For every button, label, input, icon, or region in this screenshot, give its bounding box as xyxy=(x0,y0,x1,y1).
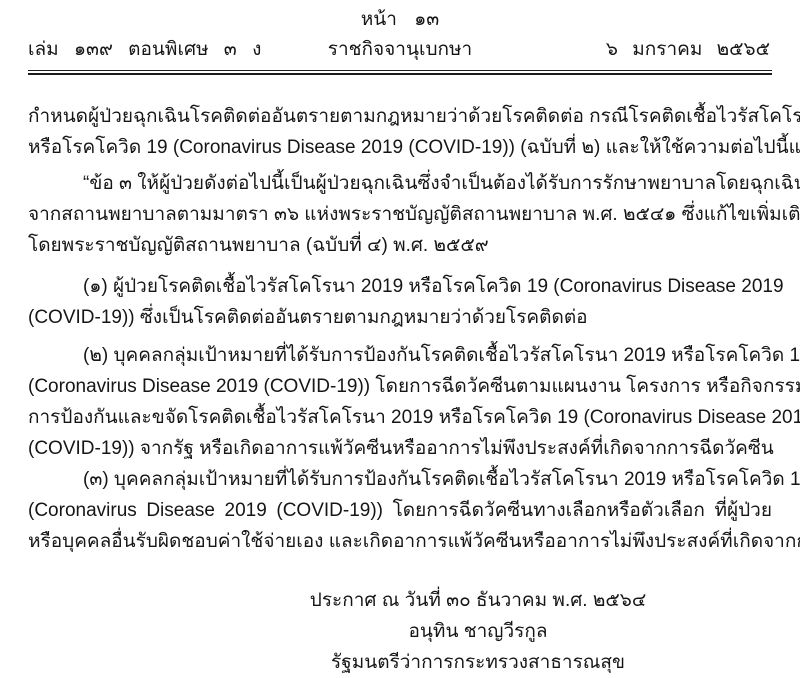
body-line-2: หรือโรคโควิด 19 (Coronavirus Disease 201… xyxy=(28,132,772,163)
announcement-date-line: ประกาศ ณ วันที่ ๓๐ ธันวาคม พ.ศ. ๒๕๖๔ xyxy=(78,585,800,616)
issue-date: ๖ มกราคม ๒๕๖๕ xyxy=(606,36,770,63)
body-line-10: การป้องกันและขจัดโรคติดเชื้อไวรัสโคโรนา … xyxy=(28,402,772,433)
paragraph-item-2: (๒) บุคคลกลุ่มเป้าหมายที่ได้รับการป้องกั… xyxy=(28,340,772,464)
body-line-1: กำหนดผู้ป่วยฉุกเฉินโรคติดต่ออันตรายตามกฎ… xyxy=(28,101,772,132)
paragraph-continuation: กำหนดผู้ป่วยฉุกเฉินโรคติดต่ออันตรายตามกฎ… xyxy=(28,101,772,163)
gazette-page: หน้า ๑๓ เล่ม ๑๓๙ ตอนพิเศษ ๓ ง ราชกิจจานุ… xyxy=(0,0,800,678)
volume-label: เล่ม ๑๓๙ ตอนพิเศษ ๓ ง xyxy=(28,36,261,63)
body-line-5: โดยพระราชบัญญัติสถานพยาบาล (ฉบับที่ ๔) พ… xyxy=(28,230,772,261)
paragraph-item-3: (๓) บุคคลกลุ่มเป้าหมายที่ได้รับการป้องกั… xyxy=(28,464,772,557)
paragraph-clause-3: “ข้อ ๓ ให้ผู้ป่วยดังต่อไปนี้เป็นผู้ป่วยฉ… xyxy=(28,168,772,261)
document-body: กำหนดผู้ป่วยฉุกเฉินโรคติดต่ออันตรายตามกฎ… xyxy=(0,101,800,557)
body-line-3: “ข้อ ๓ ให้ผู้ป่วยดังต่อไปนี้เป็นผู้ป่วยฉ… xyxy=(28,168,772,199)
masthead-row: เล่ม ๑๓๙ ตอนพิเศษ ๓ ง ราชกิจจานุเบกษา ๖ … xyxy=(0,36,800,63)
body-line-11: (COVID-19)) จากรัฐ หรือเกิดอาการแพ้วัคซี… xyxy=(28,433,772,464)
double-rule xyxy=(28,70,772,75)
body-line-6: (๑) ผู้ป่วยโรคติดเชื้อไวรัสโคโรนา 2019 ห… xyxy=(28,271,772,302)
body-line-8: (๒) บุคคลกลุ่มเป้าหมายที่ได้รับการป้องกั… xyxy=(28,340,772,371)
body-line-7: (COVID-19)) ซึ่งเป็นโรคติดต่ออันตรายตามก… xyxy=(28,302,772,333)
body-line-12: (๓) บุคคลกลุ่มเป้าหมายที่ได้รับการป้องกั… xyxy=(28,464,772,495)
page-header: หน้า ๑๓ เล่ม ๑๓๙ ตอนพิเศษ ๓ ง ราชกิจจานุ… xyxy=(0,0,800,75)
signer-title: รัฐมนตรีว่าการกระทรวงสาธารณสุข xyxy=(78,647,800,678)
body-line-4: จากสถานพยาบาลตามมาตรา ๓๖ แห่งพระราชบัญญั… xyxy=(28,199,772,230)
body-line-14: หรือบุคคลอื่นรับผิดชอบค่าใช้จ่ายเอง และเ… xyxy=(28,526,772,557)
body-line-13: (Coronavirus Disease 2019 (COVID-19)) โด… xyxy=(28,495,772,526)
signature-block: ประกาศ ณ วันที่ ๓๐ ธันวาคม พ.ศ. ๒๕๖๔ อนุ… xyxy=(78,585,800,678)
body-line-9: (Coronavirus Disease 2019 (COVID-19)) โด… xyxy=(28,371,772,402)
paragraph-item-1: (๑) ผู้ป่วยโรคติดเชื้อไวรัสโคโรนา 2019 ห… xyxy=(28,271,772,333)
signer-name: อนุทิน ชาญวีรกูล xyxy=(78,616,800,647)
page-number: หน้า ๑๓ xyxy=(0,0,800,33)
